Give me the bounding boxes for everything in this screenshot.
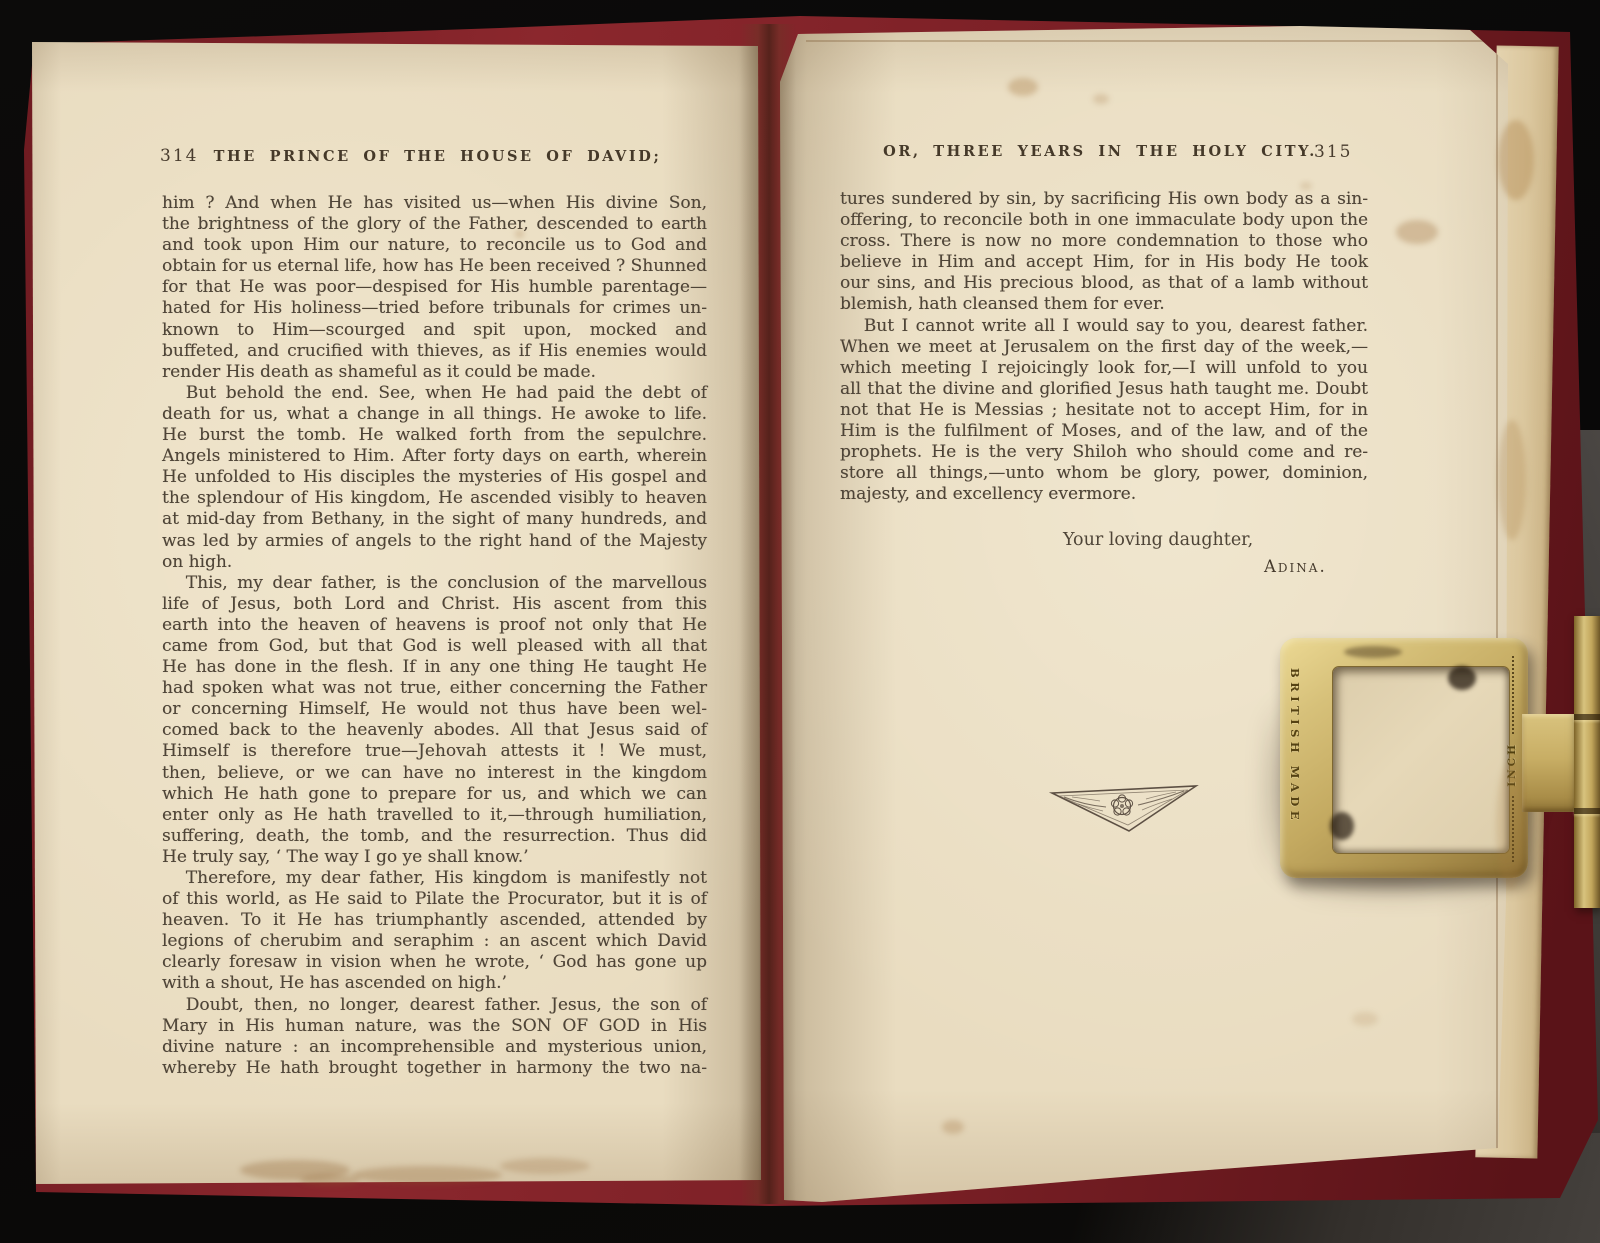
foxing-spot	[1352, 1012, 1378, 1026]
text-line: legions of cherubim and seraphim : an as…	[162, 931, 707, 952]
text-line: then, believe, or we can have no interes…	[162, 763, 707, 784]
text-line: prophets. He is the very Shiloh who shou…	[840, 442, 1368, 463]
text-line: Him is the fulfilment of Moses, and of t…	[840, 421, 1368, 442]
text-line: But I cannot write all I would say to yo…	[840, 316, 1368, 337]
text-line: at mid-day from Bethany, in the sight of…	[162, 509, 707, 530]
text-line: death for us, what a change in all thing…	[162, 404, 707, 425]
text-line: clearly foresaw in vision when he wrote,…	[162, 952, 707, 973]
paragraph: tures sundered by sin, by sacrificing Hi…	[840, 189, 1368, 316]
paragraph: This, my dear father, is the conclusion …	[162, 573, 707, 868]
foxing-spot	[1093, 94, 1109, 104]
text-line: tures sundered by sin, by sacrificing Hi…	[840, 189, 1368, 210]
foxing-spot	[1300, 182, 1312, 190]
text-line: and took upon Him our nature, to reconci…	[162, 235, 707, 256]
text-line: heaven. To it He has triumphantly ascend…	[162, 910, 707, 931]
hinge-knuckle-line	[1574, 714, 1600, 720]
text-line: This, my dear father, is the conclusion …	[162, 573, 707, 594]
text-line: known to Him—scourged and spit upon, moc…	[162, 320, 707, 341]
paragraph: But behold the end. See, when He had pai…	[162, 383, 707, 573]
text-line: with a shout, He has ascended on high.’	[162, 973, 707, 994]
text-line: store all things,—unto whom be glory, po…	[840, 463, 1368, 484]
text-line: blemish, hath cleansed them for ever.	[840, 294, 1368, 315]
paragraph: But I cannot write all I would say to yo…	[840, 316, 1368, 506]
clasp-square-opening	[1332, 666, 1510, 854]
text-line: comed back to the heavenly abodes. All t…	[162, 720, 707, 741]
text-line: the splendour of His kingdom, He ascende…	[162, 488, 707, 509]
clasp-connector-bar	[1522, 714, 1578, 812]
text-line: was led by armies of angels to the right…	[162, 531, 707, 552]
left-running-title: THE PRINCE OF THE HOUSE OF DAVID;	[175, 148, 700, 165]
foxing-spot	[1396, 220, 1438, 244]
left-page-body: him ? And when He has visited us—when Hi…	[162, 193, 707, 1079]
text-line: When we meet at Jerusalem on the first d…	[840, 337, 1368, 358]
text-line: the brightness of the glory of the Fathe…	[162, 214, 707, 235]
text-line: had spoken what was not true, either con…	[162, 678, 707, 699]
right-page-number: 315	[1314, 142, 1352, 162]
text-line: enter only as He hath travelled to it,—t…	[162, 805, 707, 826]
text-line: for that He was poor—despised for His hu…	[162, 277, 707, 298]
paragraph: Therefore, my dear father, His kingdom i…	[162, 868, 707, 995]
clasp-wear-mark	[1330, 812, 1354, 840]
floral-triangle-ornament	[1048, 780, 1200, 836]
page-edge-stain	[1498, 420, 1526, 540]
foxing-spot	[1008, 78, 1038, 96]
clasp-hinge-barrel	[1574, 616, 1600, 908]
text-line: majesty, and excellency evermore.	[840, 484, 1368, 505]
text-line: offering, to reconcile both in one immac…	[840, 210, 1368, 231]
text-line: all that the divine and glorified Jesus …	[840, 379, 1368, 400]
text-line: life of Jesus, both Lord and Christ. His…	[162, 594, 707, 615]
text-line: obtain for us eternal life, how has He b…	[162, 256, 707, 277]
text-line: He has done in the flesh. If in any one …	[162, 657, 707, 678]
book-photograph: 314 THE PRINCE OF THE HOUSE OF DAVID; hi…	[0, 0, 1600, 1243]
clasp-wear-mark	[1448, 666, 1476, 690]
text-line: believe in Him and accept Him, for in Hi…	[840, 252, 1368, 273]
text-line: Therefore, my dear father, His kingdom i…	[162, 868, 707, 889]
text-line: He unfolded to His disciples the mysteri…	[162, 467, 707, 488]
text-line: He truly say, ‘ The way I go ye shall kn…	[162, 847, 707, 868]
text-line: cross. There is now no more condemnation…	[840, 231, 1368, 252]
clasp-engraving-british-made: BRITISH MADE	[1288, 668, 1302, 856]
page-edge-stain	[1496, 760, 1526, 890]
clasp-wear-mark	[1344, 646, 1402, 658]
text-line: Doubt, then, no longer, dearest father. …	[162, 995, 707, 1016]
text-line: earth into the heaven of heavens is proo…	[162, 615, 707, 636]
text-line: of this world, as He said to Pilate the …	[162, 889, 707, 910]
text-line: Angels ministered to Him. After forty da…	[162, 446, 707, 467]
text-line: which meeting I rejoicingly look for,—I …	[840, 358, 1368, 379]
paragraph: him ? And when He has visited us—when Hi…	[162, 193, 707, 383]
letter-closing: Your loving daughter,	[1063, 530, 1253, 550]
foxing-stain	[352, 1166, 502, 1184]
text-line: which He hath gone to prepare for us, an…	[162, 784, 707, 805]
text-line: Mary in His human nature, was the SON OF…	[162, 1016, 707, 1037]
foxing-spot	[942, 1120, 964, 1134]
text-line: or concerning Himself, He would not thus…	[162, 699, 707, 720]
hinge-knuckle-line	[1574, 808, 1600, 814]
text-line: divine nature : an incomprehensible and …	[162, 1037, 707, 1058]
text-line: came from God, but that God is well plea…	[162, 636, 707, 657]
paragraph: Doubt, then, no longer, dearest father. …	[162, 995, 707, 1079]
text-line: render His death as shameful as it could…	[162, 362, 707, 383]
text-line: not that He is Messias ; hesitate not to…	[840, 400, 1368, 421]
right-running-title: OR, THREE YEARS IN THE HOLY CITY.	[880, 143, 1320, 160]
page-edge-stain	[1498, 120, 1534, 200]
text-line: on high.	[162, 552, 707, 573]
text-line: buffeted, and crucified with thieves, as…	[162, 341, 707, 362]
gutter-shadow	[740, 24, 796, 1204]
letter-signature-name: Adina.	[1264, 557, 1327, 576]
text-line: He burst the tomb. He walked forth from …	[162, 425, 707, 446]
text-line: him ? And when He has visited us—when Hi…	[162, 193, 707, 214]
foxing-spot	[515, 230, 524, 238]
text-line: our sins, and His precious blood, as tha…	[840, 273, 1368, 294]
right-page-body: tures sundered by sin, by sacrificing Hi…	[840, 189, 1368, 505]
text-line: But behold the end. See, when He had pai…	[162, 383, 707, 404]
text-line: Himself is therefore true—Jehovah attest…	[162, 741, 707, 762]
foxing-stain	[500, 1158, 590, 1174]
text-line: suffering, death, the tomb, and the resu…	[162, 826, 707, 847]
inch-tick-marks	[1512, 656, 1514, 734]
foxing-stain	[300, 1174, 360, 1186]
text-line: hated for His holiness—tried before trib…	[162, 298, 707, 319]
text-line: whereby He hath brought together in harm…	[162, 1058, 707, 1079]
